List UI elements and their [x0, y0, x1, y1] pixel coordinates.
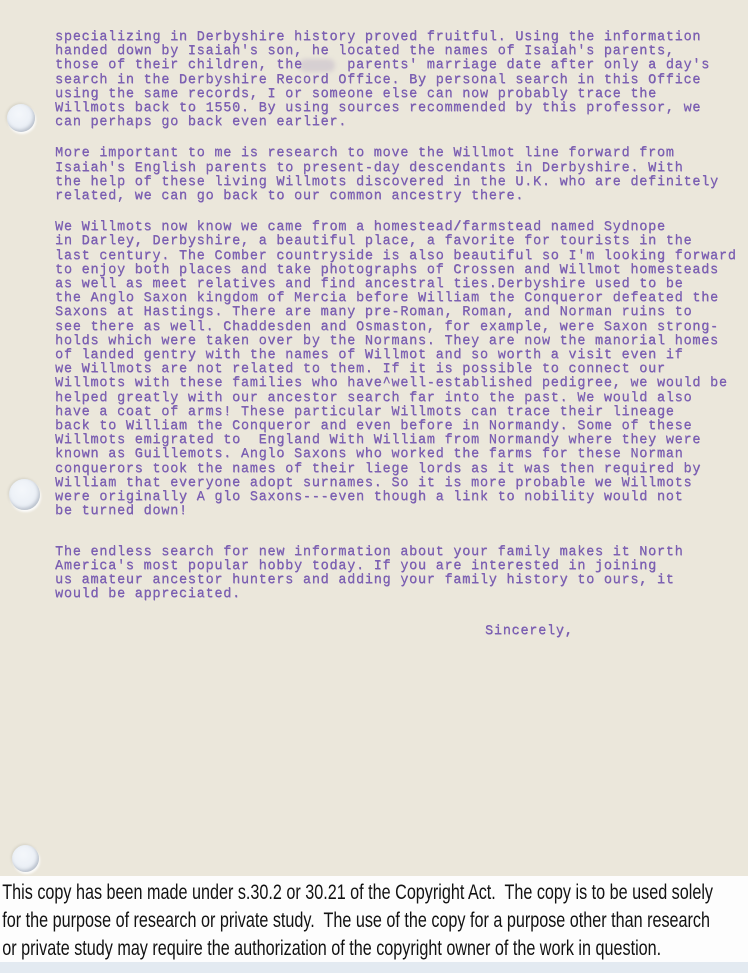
letter-line: America's most popular hobby today. If y… — [55, 560, 744, 574]
letter-line: Willmots with these families who have^we… — [55, 377, 744, 391]
letter-line: William that everyone adopt surnames. So… — [55, 477, 744, 491]
letter-line: The endless search for new information a… — [55, 546, 744, 560]
letter-line: were originally A glo Saxons---even thou… — [55, 491, 744, 505]
letter-line: Saxons at Hastings. There are many pre-R… — [55, 306, 744, 320]
punch-hole-top — [7, 104, 35, 132]
letter-line: conquerors took the names of their liege… — [55, 463, 744, 477]
letter-line: related, we can go back to our common an… — [55, 190, 744, 204]
letter-line: the help of these living Willmots discov… — [55, 176, 744, 190]
letter-line: helped greatly with our ancestor search … — [55, 392, 744, 406]
letter-line: we Willmots are not related to them. If … — [55, 363, 744, 377]
letter-line: Willmots emigrated to England With Willi… — [55, 434, 744, 448]
copyright-notice-line: This copy has been made under s.30.2 or … — [0, 879, 576, 907]
letter-paragraph: More important to me is research to move… — [55, 147, 744, 204]
letter-line: We Willmots now know we came from a home… — [55, 221, 744, 235]
punch-hole-middle — [9, 479, 40, 510]
letter-line: handed down by Isaiah's son, he located … — [55, 45, 744, 59]
letter-line: those of their children, the parents' ma… — [55, 59, 744, 73]
letter-line: of landed gentry with the names of Willm… — [55, 349, 744, 363]
letter-line: specializing in Derbyshire history prove… — [55, 31, 744, 45]
letter-line: have a coat of arms! These particular Wi… — [55, 406, 744, 420]
copyright-notice-line: or private study may require the authori… — [0, 935, 576, 962]
letter-line: last century. The Comber countryside is … — [55, 250, 744, 264]
punch-hole-bottom — [12, 845, 39, 872]
letter-line: would be appreciated. — [55, 588, 744, 602]
scanned-letter-page: specializing in Derbyshire history prove… — [0, 0, 748, 973]
letter-body: specializing in Derbyshire history prove… — [55, 31, 744, 640]
letter-line: using the same records, I or someone els… — [55, 88, 744, 102]
letter-paragraphs: specializing in Derbyshire history prove… — [55, 31, 744, 602]
letter-line: Isaiah's English parents to present-day … — [55, 162, 744, 176]
letter-line: Willmots back to 1550. By using sources … — [55, 102, 744, 116]
letter-line: back to William the Conqueror and even b… — [55, 420, 744, 434]
letter-line: to enjoy both places and take photograph… — [55, 264, 744, 278]
letter-line: in Darley, Derbyshire, a beautiful place… — [55, 235, 744, 249]
letter-line: More important to me is research to move… — [55, 147, 744, 161]
letter-line: can perhaps go back even earlier. — [55, 116, 744, 130]
scanner-edge-strip — [0, 962, 748, 973]
letter-line: holds which were taken over by the Norma… — [55, 335, 744, 349]
letter-line: see there as well. Chaddesden and Osmast… — [55, 321, 744, 335]
letter-line: as well as meet relatives and find ances… — [55, 278, 744, 292]
letter-paragraph: We Willmots now know we came from a home… — [55, 221, 744, 519]
letter-line: known as Guillemots. Anglo Saxons who wo… — [55, 448, 744, 462]
letter-paragraph: The endless search for new information a… — [55, 546, 744, 603]
signoff: Sincerely, — [485, 625, 744, 639]
copyright-notice: This copy has been made under s.30.2 or … — [0, 876, 748, 962]
letter-line: us amateur ancestor hunters and adding y… — [55, 574, 744, 588]
letter-line: the Anglo Saxon kingdom of Mercia before… — [55, 292, 744, 306]
letter-line: search in the Derbyshire Record Office. … — [55, 74, 744, 88]
copyright-notice-lines: This copy has been made under s.30.2 or … — [0, 879, 748, 962]
letter-paragraph: specializing in Derbyshire history prove… — [55, 31, 744, 130]
letter-line: be turned down! — [55, 505, 744, 519]
copyright-notice-line: for the purpose of research or private s… — [0, 907, 576, 935]
